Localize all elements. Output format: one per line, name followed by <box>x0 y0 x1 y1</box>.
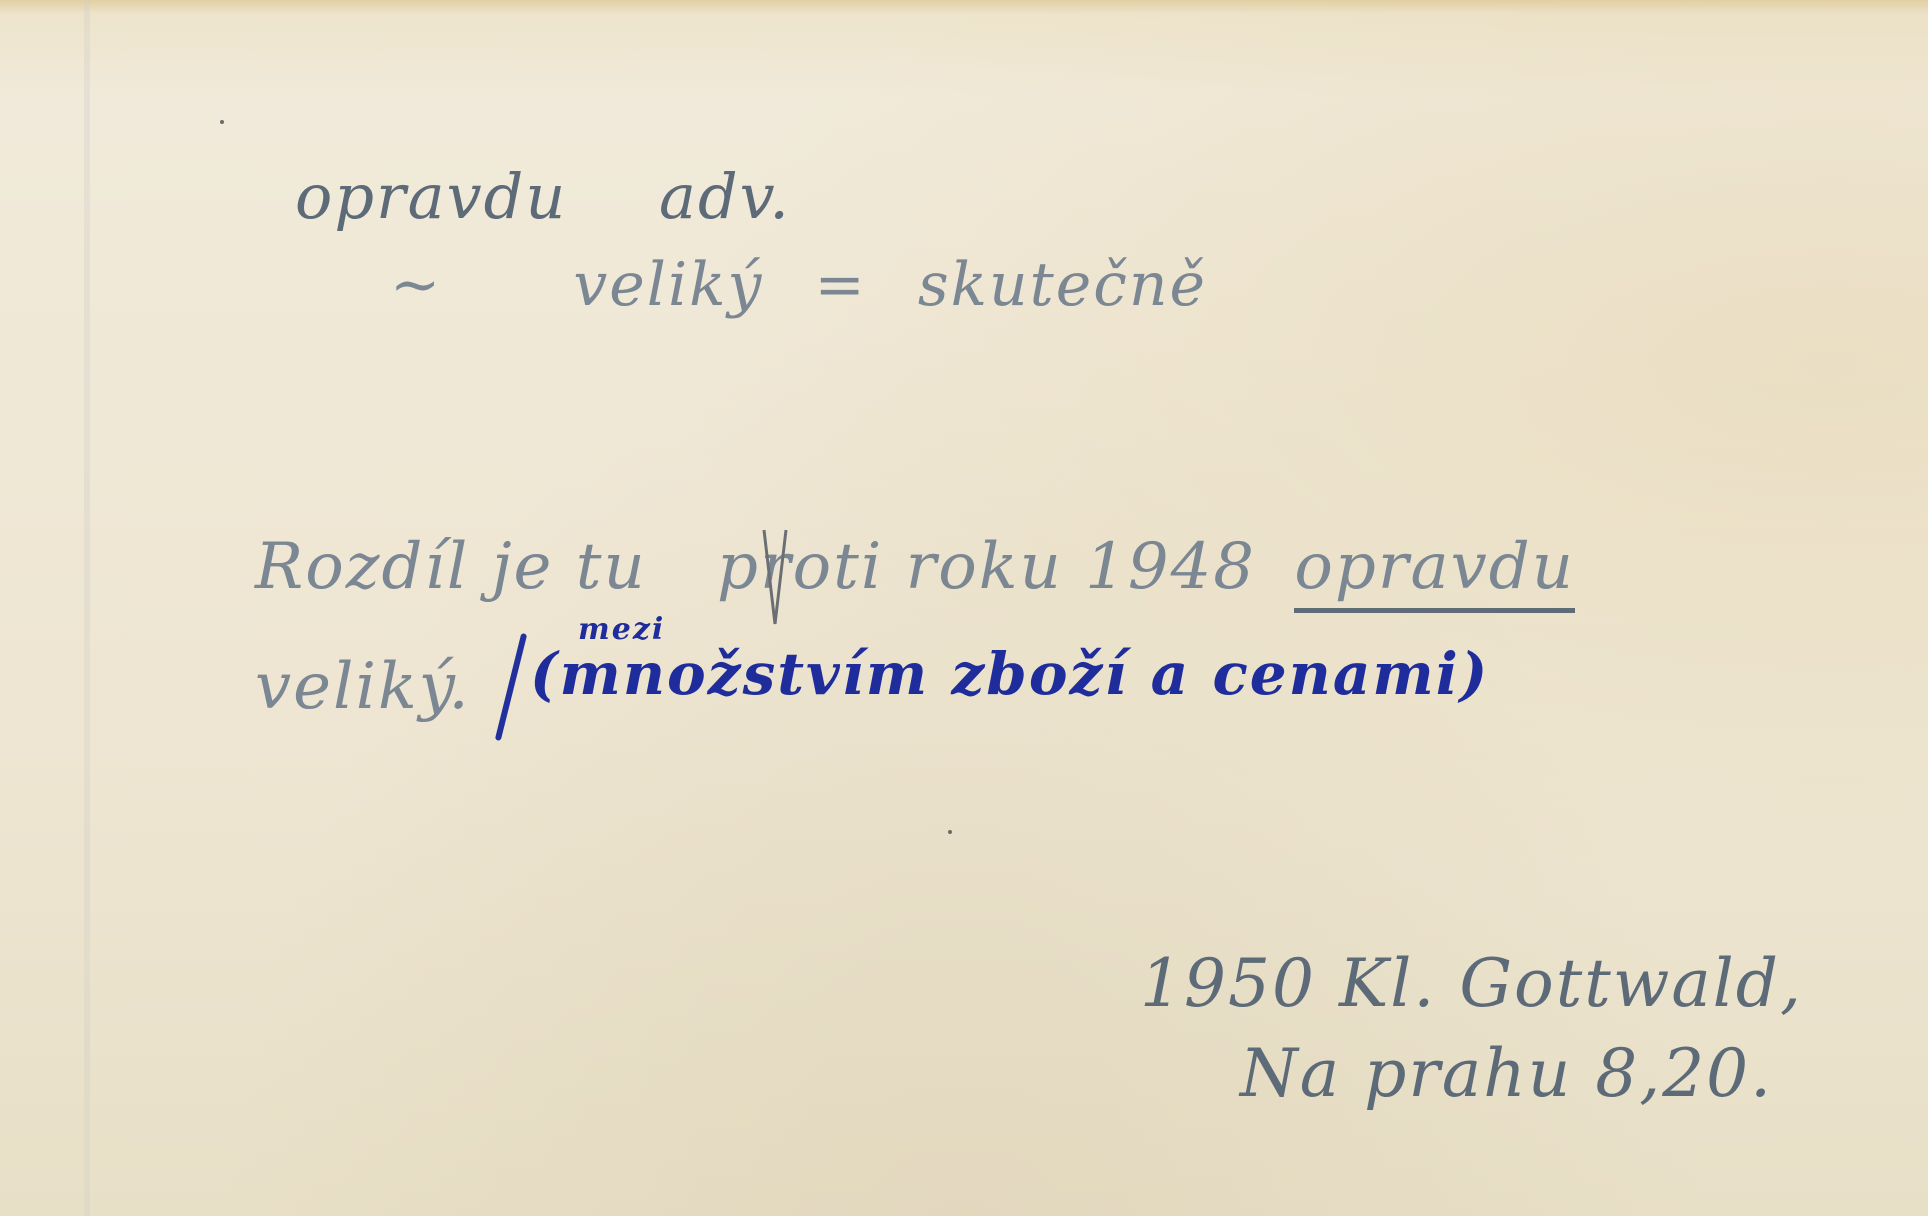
signature-line-2: Na prahu 8,20. <box>1240 1035 1773 1112</box>
text-proti-roku: proti roku 1948 <box>717 530 1256 604</box>
insertion-caret-icon <box>762 528 788 628</box>
opening-parenthesis-stroke <box>495 633 527 741</box>
word-adv: adv. <box>659 160 791 233</box>
note-line-1: opravdu adv. <box>295 160 791 233</box>
equals-sign: = <box>814 250 866 320</box>
paragraph-line-1: Rozdíl je tu proti roku 1948 opravdu <box>255 530 1575 604</box>
text-opravdu-underlined: opravdu <box>1294 530 1575 613</box>
note-line-2: ~ veliký = skutečně <box>390 250 1207 320</box>
text-rozdil: Rozdíl je tu <box>255 530 647 604</box>
tilde-symbol: ~ <box>390 250 442 320</box>
word-skutecne: skutečně <box>918 250 1207 320</box>
word-opravdu: opravdu <box>295 160 567 233</box>
paragraph-line-2: veliký. <box>255 650 471 724</box>
paper-speck <box>948 830 952 834</box>
insertion-text: (množstvím zboží a cenami) <box>530 640 1489 708</box>
paper-speck <box>220 120 224 124</box>
text-veliky: veliký. <box>255 650 471 724</box>
word-veliky: veliký <box>573 250 763 320</box>
paper-top-edge <box>0 0 1928 14</box>
margin-line <box>84 0 90 1216</box>
signature-line-1: 1950 Kl. Gottwald, <box>1140 945 1803 1022</box>
handwritten-note-page: opravdu adv. ~ veliký = skutečně Rozdíl … <box>0 0 1928 1216</box>
